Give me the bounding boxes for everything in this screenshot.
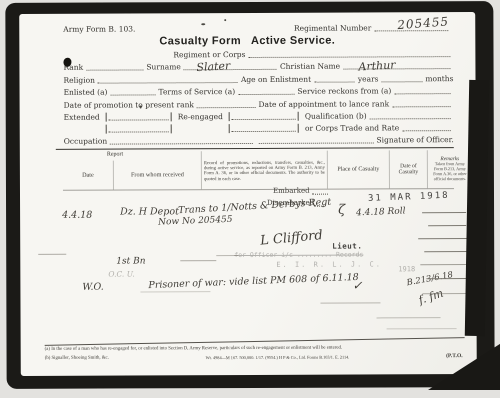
remarks-subtitle: Taken from Army Form B.213, Army Form A.… xyxy=(430,162,470,181)
signature-of-officer-label: Signature of Officer. xyxy=(377,135,454,144)
battalion-note: 1st Bn xyxy=(116,256,145,266)
form-id: Army Form B. 103. xyxy=(63,24,135,33)
dotted-line xyxy=(402,123,451,131)
dotted-line xyxy=(392,99,451,107)
scan-mark xyxy=(428,225,466,226)
occupation-label: Occupation xyxy=(64,137,107,146)
dotted-line xyxy=(381,74,422,82)
printer-imprint: Wt. 4984—M 167. 500,000. 1/17. (9554.) H… xyxy=(206,354,350,360)
faint-records-stamp: E. I. R. L. J. C. xyxy=(276,260,382,268)
casualty-form-page: Army Form B. 103. Regimental Number 2054… xyxy=(19,12,477,376)
date-column-header: Date xyxy=(63,161,113,190)
dotted-line xyxy=(258,135,373,144)
christian-name-value: Arthur xyxy=(358,61,396,72)
dotted-line xyxy=(312,188,328,195)
entry-remark: 4.4.18 Roll xyxy=(356,206,406,218)
scanned-document: Army Form B. 103. Regimental Number 2054… xyxy=(0,0,500,398)
embarked-row: Embarked xyxy=(273,187,328,195)
field-occupation: Occupation Signature of Officer. xyxy=(64,135,454,146)
check-flourish: ✓ xyxy=(352,279,362,293)
scan-mark xyxy=(38,254,66,255)
scan-mark xyxy=(140,291,210,292)
regimental-number-label: Regimental Number xyxy=(294,23,371,32)
form-header: Army Form B. 103. Regimental Number 2054… xyxy=(19,12,475,34)
entry2-record: Prisoner of war: vide list PM 608 of 6.1… xyxy=(148,272,359,291)
religion-label: Religion xyxy=(63,75,94,84)
dotted-line xyxy=(110,136,252,145)
ink-speck xyxy=(201,23,205,25)
qualification-label: Qualification (b) xyxy=(305,111,367,120)
dotted-line xyxy=(86,63,143,71)
extended-label: Extended xyxy=(64,113,100,122)
corps-trade-field: or Corps Trade and Rate xyxy=(305,123,454,133)
dotted-line xyxy=(98,75,238,84)
dotted-line xyxy=(197,100,256,108)
scan-mark xyxy=(420,264,468,265)
oc-note: O.C. U. xyxy=(108,269,134,278)
officer-signature: L Clifford xyxy=(260,228,324,249)
report-header-group: Report Date From whom received xyxy=(63,152,201,191)
bracketed-line xyxy=(229,124,299,133)
ink-speck xyxy=(140,105,142,108)
scan-mark xyxy=(377,317,441,318)
christian-name-label: Christian Name xyxy=(280,62,340,71)
bracketed-line xyxy=(106,112,172,121)
remarks-column-header: Remarks Taken from Army Form B.213, Army… xyxy=(427,150,472,188)
scan-mark xyxy=(180,260,216,261)
scan-mark xyxy=(424,251,468,252)
field-enlisted-terms: Enlisted (a) Terms of Service (a) Servic… xyxy=(64,86,454,97)
embarked-label: Embarked xyxy=(273,187,310,195)
report-subheaders: Date From whom received xyxy=(63,161,201,191)
christian-name-line: Arthur xyxy=(343,62,450,70)
dotted-line xyxy=(238,87,294,95)
officer-ic-stamp: for Officer i/c ......... Records xyxy=(234,250,363,259)
date-of-casualty-column-header: Date of Casualty xyxy=(389,151,427,189)
footnote-b: (b) Signaller, Shoeing Smith, &c. xyxy=(45,355,109,360)
form-fields: Regiment or Corps Rank Surname Slater Ch… xyxy=(19,46,476,191)
promotion-label: Date of promotion to present rank xyxy=(64,100,194,110)
entry-record-line2: Now No 205455 xyxy=(158,215,233,228)
dotted-line xyxy=(370,111,451,119)
field-religion-age: Religion Age on Enlistment years months xyxy=(63,74,453,85)
hole-punch-mark xyxy=(63,58,71,67)
scan-mark xyxy=(422,293,468,294)
form-footnotes: (a) In the case of a man who has re-enga… xyxy=(45,345,463,360)
corps-trade-label: or Corps Trade and Rate xyxy=(305,123,399,132)
qualification-field: Qualification (b) xyxy=(305,111,454,121)
terms-of-service-label: Terms of Service (a) xyxy=(158,87,235,96)
enlisted-label: Enlisted (a) xyxy=(64,88,108,97)
bracketed-line xyxy=(106,124,172,133)
scan-mark xyxy=(426,278,466,279)
record-table-header: Report Date From whom received Record of… xyxy=(63,150,454,191)
bracketed-line xyxy=(229,112,299,121)
pto-note: (P.T.O. xyxy=(446,353,463,359)
months-label: months xyxy=(425,74,453,83)
regimental-number-field: Regimental Number 205455 xyxy=(294,23,451,33)
footnote-row: (b) Signaller, Shoeing Smith, &c. Wt. 49… xyxy=(45,353,463,361)
dotted-line xyxy=(110,88,155,96)
surname-line: Slater xyxy=(184,62,277,70)
brace-mark: ζ xyxy=(338,203,345,218)
field-rank-surname: Rank Surname Slater Christian Name Arthu… xyxy=(63,61,453,72)
scan-mark xyxy=(320,302,380,303)
lance-rank-label: Date of appointment to lance rank xyxy=(258,99,389,109)
scan-mark xyxy=(387,328,457,329)
from-whom-column-header: From whom received xyxy=(113,161,201,190)
entry-record-line1: Trans to 1/Notts & Derbys Regt xyxy=(178,197,332,217)
surname-label: Surname xyxy=(146,63,180,72)
entry-date: 4.4.18 xyxy=(62,210,92,221)
field-promotion-lance: Date of promotion to present rank Date o… xyxy=(64,99,454,110)
scan-mark xyxy=(216,255,238,256)
signature-flourish: f. fm xyxy=(417,287,445,307)
footnote-a: (a) In the case of a man who has re-enga… xyxy=(45,345,463,352)
place-of-casualty-column-header: Place of Casualty xyxy=(327,151,389,189)
received-date-stamp: 31 MAR 1918 xyxy=(368,191,450,204)
field-extended-reengaged: Extended Re-engaged Qualification (b) or… xyxy=(64,111,454,134)
entry2-from-whom: W.O. xyxy=(82,282,103,293)
record-column-header: Record of promotions, reductions, transf… xyxy=(201,151,327,190)
years-label: years xyxy=(358,74,379,83)
ink-speck xyxy=(224,19,226,21)
scan-mark xyxy=(422,212,466,213)
service-reckons-label: Service reckons from (a) xyxy=(297,87,391,96)
regiment-or-corps-label: Regiment or Corps xyxy=(173,50,245,59)
re-engaged-label: Re-engaged xyxy=(178,112,223,121)
signature-rank-stamp: Lieut. xyxy=(332,242,362,251)
dotted-line xyxy=(248,49,450,58)
dotted-line xyxy=(394,86,450,94)
entry-from-whom: Dz. H Depot xyxy=(120,206,179,217)
faint-year-stamp: 1918 xyxy=(398,265,415,273)
age-on-enlistment-label: Age on Enlistment xyxy=(241,75,311,84)
dotted-line xyxy=(314,74,355,82)
surname-value: Slater xyxy=(197,62,231,73)
scan-mark xyxy=(418,238,468,239)
